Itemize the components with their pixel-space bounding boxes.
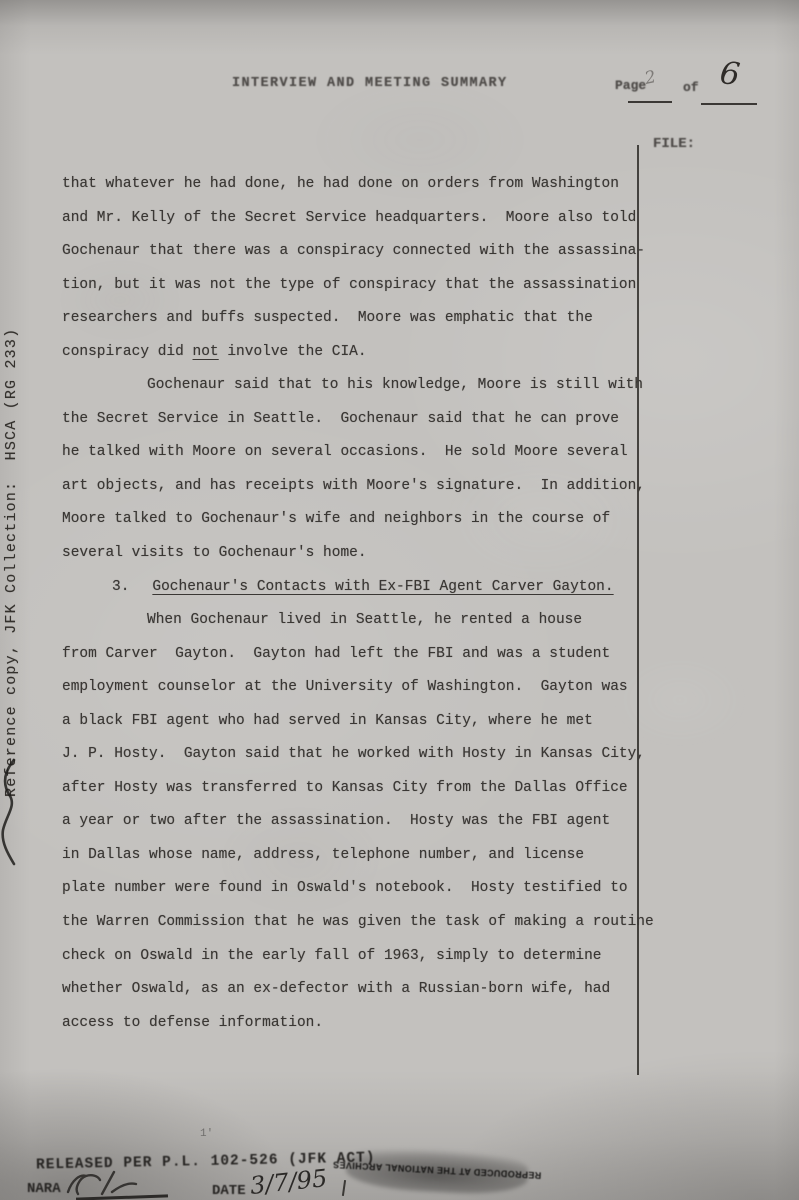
of-label: of — [683, 80, 699, 95]
stray-pencil-mark: 1' — [200, 1128, 213, 1140]
body-line: Gochenaur said that to his knowledge, Mo… — [62, 377, 648, 411]
body-line: art objects, and has receipts with Moore… — [62, 478, 648, 512]
body-line: he talked with Moore on several occasion… — [62, 444, 648, 478]
body-line: J. P. Hosty. Gayton said that he worked … — [62, 746, 648, 780]
body-line: that whatever he had done, he had done o… — [62, 176, 648, 210]
total-pages-underline — [701, 103, 757, 105]
body-line: after Hosty was transferred to Kansas Ci… — [62, 780, 648, 814]
date-label-stamp: DATE — [212, 1183, 246, 1199]
document-body: that whatever he had done, he had done o… — [62, 176, 648, 1048]
file-label: FILE: — [653, 136, 695, 152]
body-line: Gochenaur that there was a conspiracy co… — [62, 243, 648, 277]
body-line: researchers and buffs suspected. Moore w… — [62, 310, 648, 344]
body-line: plate number were found in Oswald's note… — [62, 880, 648, 914]
body-line: a black FBI agent who had served in Kans… — [62, 713, 648, 747]
body-line: the Secret Service in Seattle. Gochenaur… — [62, 411, 648, 445]
handwritten-total-pages: 6 — [718, 55, 742, 93]
body-line: several visits to Gochenaur's home. — [62, 545, 648, 579]
body-line: the Warren Commission that he was given … — [62, 914, 648, 948]
body-line: employment counselor at the University o… — [62, 679, 648, 713]
national-archives-stamp: REPRODUCED AT THE NATIONAL ARCHIVES — [345, 1145, 529, 1194]
underlined-word: not — [193, 344, 219, 360]
section-heading: 3.Gochenaur's Contacts with Ex-FBI Agent… — [62, 579, 648, 613]
body-line: in Dallas whose name, address, telephone… — [62, 847, 648, 881]
body-line: a year or two after the assassination. H… — [62, 813, 648, 847]
body-line: access to defense information. — [62, 1015, 648, 1049]
page-label: Page — [615, 78, 646, 93]
handwritten-date: 3/7/95 — [249, 1164, 329, 1200]
section-number: 3. — [112, 579, 129, 595]
body-line: When Gochenaur lived in Seattle, he rent… — [62, 612, 648, 646]
body-line: conspiracy did not involve the CIA. — [62, 344, 648, 378]
body-line: check on Oswald in the early fall of 196… — [62, 948, 648, 982]
margin-reference-note: Reference copy, JFK Collection: HSCA (RG… — [3, 328, 20, 797]
body-line: Moore talked to Gochenaur's wife and nei… — [62, 511, 648, 545]
document-title-stamp: INTERVIEW AND MEETING SUMMARY — [232, 76, 508, 91]
body-line: tion, but it was not the type of conspir… — [62, 277, 648, 311]
nara-label-stamp: NARA — [27, 1181, 61, 1197]
margin-pen-squiggle — [0, 758, 24, 868]
body-line: from Carver Gayton. Gayton had left the … — [62, 646, 648, 680]
section-heading-text: Gochenaur's Contacts with Ex-FBI Agent C… — [152, 579, 613, 595]
body-line: and Mr. Kelly of the Secret Service head… — [62, 210, 648, 244]
page-number-underline — [628, 101, 672, 103]
body-line: whether Oswald, as an ex-defector with a… — [62, 981, 648, 1015]
